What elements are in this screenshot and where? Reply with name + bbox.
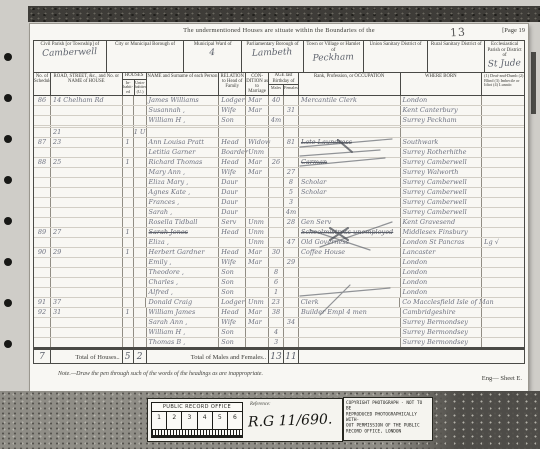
cell-occupation (298, 318, 400, 327)
cell-occupation: Builder Empl 4 men (298, 308, 400, 317)
cell-where-born: Surrey Camberwell (400, 198, 482, 207)
ecclesiastical-value: St Jude (485, 58, 524, 73)
cell-road: 21 (50, 128, 122, 137)
cell-where-born: Kent Gravesend (400, 218, 482, 227)
cell-where-born: Kent Canterbury (400, 106, 482, 115)
cell-inhabited: 1 (122, 308, 133, 317)
rural-sanitary-cell: Rural Sanitary District of (427, 41, 484, 72)
cell-road (50, 178, 122, 187)
cell-relation: Lodger (218, 298, 245, 307)
copyright-box: COPYRIGHT PHOTOGRAPH - NOT TO BE REPRODU… (344, 398, 432, 440)
cell-uninhabited (133, 138, 146, 147)
col-uninhabited: Unin-habited (U.) or Build-ing (B.) (134, 80, 146, 96)
cell-disability (481, 308, 524, 317)
cell-relation: Daur (218, 198, 245, 207)
table-row: Eliza Mary , Daur 8 Scholar Surrey Cambe… (34, 177, 524, 187)
cell-uninhabited (133, 228, 146, 237)
cell-schedule: 86 (34, 96, 50, 105)
cell-occupation: Old Governess (298, 238, 400, 247)
cell-age-female: 28 (283, 218, 298, 227)
col-inhabited: In-habit-ed (123, 80, 134, 96)
cell-age-female: 3 (283, 198, 298, 207)
cell-relation: Son (218, 288, 245, 297)
cell-road (50, 238, 122, 247)
table-row: 91 37 Donald Craig Lodger Unm 23 Clerk C… (34, 297, 524, 307)
cell-schedule (34, 178, 50, 187)
civil-parish-value: Camberwell (34, 46, 107, 73)
cell-occupation (298, 338, 400, 347)
cell-age-female (283, 148, 298, 157)
cell-schedule: 92 (34, 308, 50, 317)
cell-condition (245, 188, 268, 197)
page-number-label: [Page 19 (502, 27, 525, 34)
cell-relation: Wife (218, 106, 245, 115)
cell-uninhabited (133, 318, 146, 327)
punch-hole (4, 258, 12, 266)
cell-age-female (283, 308, 298, 317)
cell-age-male: 3 (268, 338, 283, 347)
cell-name: Charles , (146, 278, 219, 287)
ruler: PUBLIC RECORD OFFICE 1 2 3 4 5 6 (151, 402, 243, 438)
cell-occupation (298, 168, 400, 177)
cell-name: Rosella Tidball (146, 218, 219, 227)
cell-uninhabited (133, 218, 146, 227)
cell-uninhabited (133, 238, 146, 247)
cell-occupation (298, 106, 400, 115)
total-empty-cell (298, 350, 524, 363)
cell-inhabited (122, 96, 133, 105)
cell-schedule (34, 148, 50, 157)
cell-where-born: Surrey Bermondsey (400, 338, 482, 347)
cell-where-born: Cambridgeshire (400, 308, 482, 317)
census-scan-page: The undermentioned Houses are situate wi… (0, 0, 540, 449)
cell-name: Eliza Mary , (146, 178, 219, 187)
cell-relation: Boarder (218, 148, 245, 157)
ecclesiastical-cell: Ecclesiastical Parish or District of St … (484, 41, 524, 72)
cell-where-born: Surrey Rotherhithe (400, 148, 482, 157)
col-condition: CON-DITION as to Marriage (245, 73, 268, 95)
cell-inhabited (122, 258, 133, 267)
table-row: Frances , Daur 3 Surrey Camberwell (34, 197, 524, 207)
cell-schedule (34, 278, 50, 287)
cell-inhabited (122, 148, 133, 157)
town-village-value: Peckham (304, 52, 363, 73)
cell-condition (245, 338, 268, 347)
col-age: AGE last Birthday of Males Females (268, 73, 298, 95)
cell-uninhabited (133, 188, 146, 197)
cell-road (50, 328, 122, 337)
cell-occupation (298, 278, 400, 287)
cell-condition (245, 288, 268, 297)
cell-where-born: Southwark (400, 138, 482, 147)
total-males: 13 (268, 350, 283, 363)
table-row: Thomas B , Son 3 Surrey Bermondsey (34, 337, 524, 347)
cell-where-born: London (400, 288, 482, 297)
reference-number: R.G 11/690. (248, 412, 333, 431)
cell-age-female (283, 158, 298, 167)
cell-age-female (283, 328, 298, 337)
cell-uninhabited: 1 U (133, 128, 146, 137)
sheet-label: Eng— Sheet E. (482, 375, 522, 382)
cell-age-female: 5 (283, 188, 298, 197)
cell-road: 14 Chelham Rd (50, 96, 122, 105)
cell-uninhabited (133, 288, 146, 297)
cell-name: Sarah Ann , (146, 318, 219, 327)
scan-artifact (531, 52, 536, 114)
boundary-header-row: Civil Parish [or Township] of Camberwell… (33, 40, 525, 72)
cell-condition (245, 328, 268, 337)
table-row: Emily , Wife Mar 29 London (34, 257, 524, 267)
cell-occupation: Late Laundress (298, 138, 400, 147)
cell-inhabited (122, 238, 133, 247)
cell-inhabited (122, 278, 133, 287)
cell-uninhabited (133, 168, 146, 177)
cell-age-female (283, 298, 298, 307)
cell-name: Emily , (146, 258, 219, 267)
cell-inhabited: 1 (122, 228, 133, 237)
cell-schedule (34, 168, 50, 177)
parliamentary-borough-value: Lambeth (242, 46, 304, 73)
folio-stamp: 13 (450, 26, 467, 40)
cell-inhabited: 1 (122, 248, 133, 257)
union-sanitary-cell: Union Sanitary District of (363, 41, 428, 72)
cell-uninhabited (133, 338, 146, 347)
cell-age-male (268, 138, 283, 147)
cell-schedule: 87 (34, 138, 50, 147)
cell-uninhabited (133, 208, 146, 217)
cell-road (50, 116, 122, 125)
cell-uninhabited (133, 106, 146, 115)
cell-condition (245, 278, 268, 287)
cell-schedule (34, 288, 50, 297)
cell-where-born: Surrey Bermondsey (400, 328, 482, 337)
cell-condition: Unm (245, 298, 268, 307)
col-road: ROAD, STREET, &c., and No. or NAME of HO… (50, 73, 122, 95)
cell-relation: Wife (218, 258, 245, 267)
cell-schedule (34, 128, 50, 137)
cell-inhabited (122, 198, 133, 207)
cell-schedule (34, 238, 50, 247)
cell-condition: Widow (245, 138, 268, 147)
cell-schedule (34, 218, 50, 227)
cell-relation: Son (218, 338, 245, 347)
cell-occupation (298, 208, 400, 217)
cell-age-male: 23 (268, 298, 283, 307)
cell-schedule (34, 188, 50, 197)
cell-where-born: Middlesex Finsbury (400, 228, 482, 237)
cell-age-male (268, 128, 283, 137)
cell-disability (481, 168, 524, 177)
parliamentary-borough-cell: Parliamentary Borough of Lambeth (241, 41, 303, 72)
cell-age-female: 4m (283, 208, 298, 217)
cell-relation (218, 128, 245, 137)
cell-uninhabited (133, 258, 146, 267)
cell-occupation (298, 128, 400, 137)
cell-inhabited: 1 (122, 158, 133, 167)
total-females: 11 (283, 350, 298, 363)
cell-where-born: Surrey Camberwell (400, 158, 482, 167)
cell-age-male (268, 106, 283, 115)
cell-where-born: Surrey Camberwell (400, 208, 482, 217)
cell-inhabited (122, 128, 133, 137)
cell-name: Susannah , (146, 106, 219, 115)
cell-disability (481, 208, 524, 217)
cell-age-female (283, 128, 298, 137)
cell-condition (245, 116, 268, 125)
cell-occupation: Gen Serv (298, 218, 400, 227)
table-row: Sarah , Daur 4m Surrey Camberwell (34, 207, 524, 217)
ruler-numbers: 1 2 3 4 5 6 (152, 412, 242, 430)
table-row: Agnes Kate , Daur 5 Scholar Surrey Cambe… (34, 187, 524, 197)
cell-relation: Son (218, 268, 245, 277)
cell-name: William H , (146, 116, 219, 125)
reference-label: Reference: (250, 402, 271, 407)
col-where-born: WHERE BORN (400, 73, 482, 95)
cell-name: Donald Craig (145, 298, 218, 307)
cell-where-born: London St Pancras (400, 238, 482, 247)
town-village-label: Town or Village or Hamlet of (304, 41, 363, 53)
cell-schedule: 91 (34, 298, 50, 307)
table-row: 89 27 1 Sarah Jones Head Unm Schoolmistr… (34, 227, 524, 237)
cell-name: Eliza , (146, 238, 219, 247)
cell-age-female (283, 268, 298, 277)
total-uninhabited: 2 (133, 350, 146, 363)
cell-age-female: 47 (283, 238, 298, 247)
cell-schedule (34, 258, 50, 267)
cell-age-male (268, 188, 283, 197)
table-row: 86 14 Chelham Rd James Williams Lodger M… (34, 96, 524, 105)
cell-disability (481, 298, 524, 307)
cell-uninhabited (133, 298, 146, 307)
cell-road (50, 288, 122, 297)
total-males-females-label: Total of Males and Females.. (146, 350, 269, 363)
cell-inhabited (122, 178, 133, 187)
cell-where-born (400, 128, 482, 137)
cell-inhabited (122, 208, 133, 217)
cell-relation: Wife (218, 168, 245, 177)
cell-uninhabited (133, 308, 146, 317)
cell-occupation (298, 198, 400, 207)
col-houses: HOUSES In-habit-ed Unin-habited (U.) or … (122, 73, 146, 95)
cell-relation: Head (218, 138, 245, 147)
cell-where-born: Surrey Peckham (400, 116, 482, 125)
cell-condition: Mar (245, 258, 268, 267)
column-header-row: No. of Schedule ROAD, STREET, &c., and N… (33, 72, 525, 96)
cell-schedule (34, 116, 50, 125)
cell-where-born: London (400, 268, 482, 277)
cell-relation: Lodger (218, 96, 245, 105)
cell-condition: Mar (245, 158, 268, 167)
table-row: 21 1 U (34, 127, 524, 137)
table-row: Theodore , Son 8 London (34, 267, 524, 277)
cell-name: William James (146, 308, 219, 317)
cell-road (50, 148, 122, 157)
cell-inhabited (122, 298, 133, 307)
cell-inhabited (122, 328, 133, 337)
cell-where-born: Co Macclesfield Isle of Man (399, 298, 481, 307)
cell-occupation: Scholar (298, 188, 400, 197)
cell-where-born: Lancaster (400, 248, 482, 257)
total-houses-label: Total of Houses.. (50, 350, 122, 363)
table-row: 87 23 1 Ann Louisa Pratt Head Widow 81 L… (34, 137, 524, 147)
cell-age-female: 29 (283, 258, 298, 267)
cell-relation: Daur (218, 178, 245, 187)
cell-age-male (268, 168, 283, 177)
cell-schedule (34, 106, 50, 115)
cell-occupation: Carman (298, 158, 400, 167)
cell-age-male: 26 (268, 158, 283, 167)
cell-road: 37 (50, 298, 122, 307)
cell-condition (245, 178, 268, 187)
cell-road: 27 (50, 228, 122, 237)
census-form-sheet: The undermentioned Houses are situate wi… (30, 24, 528, 391)
cell-disability (481, 278, 524, 287)
cell-disability (481, 248, 524, 257)
cell-occupation: Mercantile Clerk (298, 96, 400, 105)
cell-condition: Mar (245, 308, 268, 317)
table-row: 88 25 1 Richard Thomas Head Mar 26 Carma… (34, 157, 524, 167)
cell-uninhabited (133, 96, 146, 105)
cell-condition: Unm (245, 218, 268, 227)
cell-age-female (283, 228, 298, 237)
union-sanitary-value (363, 46, 428, 73)
cell-condition: Mar (245, 168, 268, 177)
cell-where-born: Surrey Walworth (400, 168, 482, 177)
cell-disability (481, 258, 524, 267)
cell-age-male (268, 178, 283, 187)
cell-relation: Head (218, 308, 245, 317)
cell-relation (218, 238, 245, 247)
civil-parish-cell: Civil Parish [or Township] of Camberwell (34, 41, 106, 72)
cell-disability (481, 268, 524, 277)
table-row: Eliza , Unm 47 Old Governess London St P… (34, 237, 524, 247)
cell-occupation: Coffee House (298, 248, 400, 257)
cell-disability (481, 328, 524, 337)
cell-condition: Unm (245, 238, 268, 247)
cell-name: Agnes Kate , (146, 188, 219, 197)
cell-road: 23 (50, 138, 122, 147)
cell-relation: Daur (218, 188, 245, 197)
cell-occupation (298, 328, 400, 337)
cell-age-female (283, 248, 298, 257)
cell-age-male (268, 148, 283, 157)
cell-uninhabited (133, 178, 146, 187)
cell-relation: Daur (218, 208, 245, 217)
cell-condition (245, 128, 268, 137)
cell-road (50, 278, 122, 287)
cell-age-male: 4 (268, 328, 283, 337)
cell-disability (481, 178, 524, 187)
ruler-ticks (152, 430, 242, 437)
cell-name: Alfred , (146, 288, 219, 297)
cell-occupation: Scholar (298, 178, 400, 187)
punch-hole (4, 135, 12, 143)
cell-disability (481, 318, 524, 327)
cell-relation: Son (218, 116, 245, 125)
town-village-cell: Town or Village or Hamlet of Peckham (303, 41, 363, 72)
cell-schedule (34, 318, 50, 327)
cell-occupation (298, 148, 400, 157)
cell-inhabited (122, 268, 133, 277)
total-schedules: 7 (34, 350, 50, 363)
cell-relation: Serv (218, 218, 245, 227)
totals-row: 7 Total of Houses.. 5 2 Total of Males a… (33, 348, 525, 364)
total-inhabited: 5 (122, 350, 133, 363)
cell-road (50, 268, 122, 277)
cell-uninhabited (133, 328, 146, 337)
cell-inhabited (122, 168, 133, 177)
cell-condition (245, 208, 268, 217)
cell-name: Richard Thomas (146, 158, 219, 167)
cell-age-female: 8 (283, 178, 298, 187)
cell-schedule (34, 198, 50, 207)
cell-where-born: Surrey Camberwell (400, 188, 482, 197)
punch-hole (4, 340, 12, 348)
cell-inhabited (122, 318, 133, 327)
cell-uninhabited (133, 198, 146, 207)
cell-where-born: London (400, 96, 482, 105)
cell-occupation: Clerk (298, 298, 399, 307)
cell-age-male: 38 (268, 308, 283, 317)
cell-age-male (268, 258, 283, 267)
col-males: Males (269, 85, 283, 95)
cell-condition (245, 198, 268, 207)
cell-name: Thomas B , (146, 338, 219, 347)
table-row: William H , Son 4m Surrey Peckham (34, 115, 524, 125)
cell-age-male: 30 (268, 248, 283, 257)
punch-hole (4, 53, 12, 61)
cell-inhabited (122, 288, 133, 297)
cell-name: Herbert Gardner (146, 248, 219, 257)
cell-inhabited (122, 218, 133, 227)
cell-age-male (268, 318, 283, 327)
cell-disability (481, 288, 524, 297)
table-row: William H , Son 4 Surrey Bermondsey (34, 327, 524, 337)
cell-schedule (34, 328, 50, 337)
cell-age-male (268, 198, 283, 207)
city-borough-cell: City or Municipal Borough of (106, 41, 184, 72)
cell-uninhabited (133, 278, 146, 287)
cell-condition: Unm (245, 148, 268, 157)
cell-condition: Mar (245, 318, 268, 327)
cell-age-male: 8 (268, 268, 283, 277)
cell-condition: Mar (245, 96, 268, 105)
cell-relation: Head (218, 248, 245, 257)
cell-name: James Williams (146, 96, 219, 105)
cell-inhabited (122, 116, 133, 125)
cell-condition: Unm (245, 228, 268, 237)
cell-condition: Mar (245, 106, 268, 115)
table-row: 92 31 1 William James Head Mar 38 Builde… (34, 307, 524, 317)
cell-disability (481, 338, 524, 347)
cell-occupation (298, 268, 400, 277)
cell-uninhabited (133, 148, 146, 157)
cell-name: Letitia Garner (146, 148, 219, 157)
table-row: Charles , Son 6 London (34, 277, 524, 287)
cell-name (146, 128, 219, 137)
cell-disability (481, 218, 524, 227)
cell-uninhabited (133, 116, 146, 125)
cell-name: Sarah , (146, 208, 219, 217)
municipal-ward-cell: Municipal Ward of 4 (183, 41, 241, 72)
cell-inhabited: 1 (122, 138, 133, 147)
cell-name: Sarah Jones (146, 228, 219, 237)
cell-schedule: 88 (34, 158, 50, 167)
city-borough-value (106, 46, 183, 73)
cell-occupation (298, 258, 400, 267)
cell-disability (481, 158, 524, 167)
form-note: Note.—Draw the pen through such of the w… (58, 371, 528, 377)
